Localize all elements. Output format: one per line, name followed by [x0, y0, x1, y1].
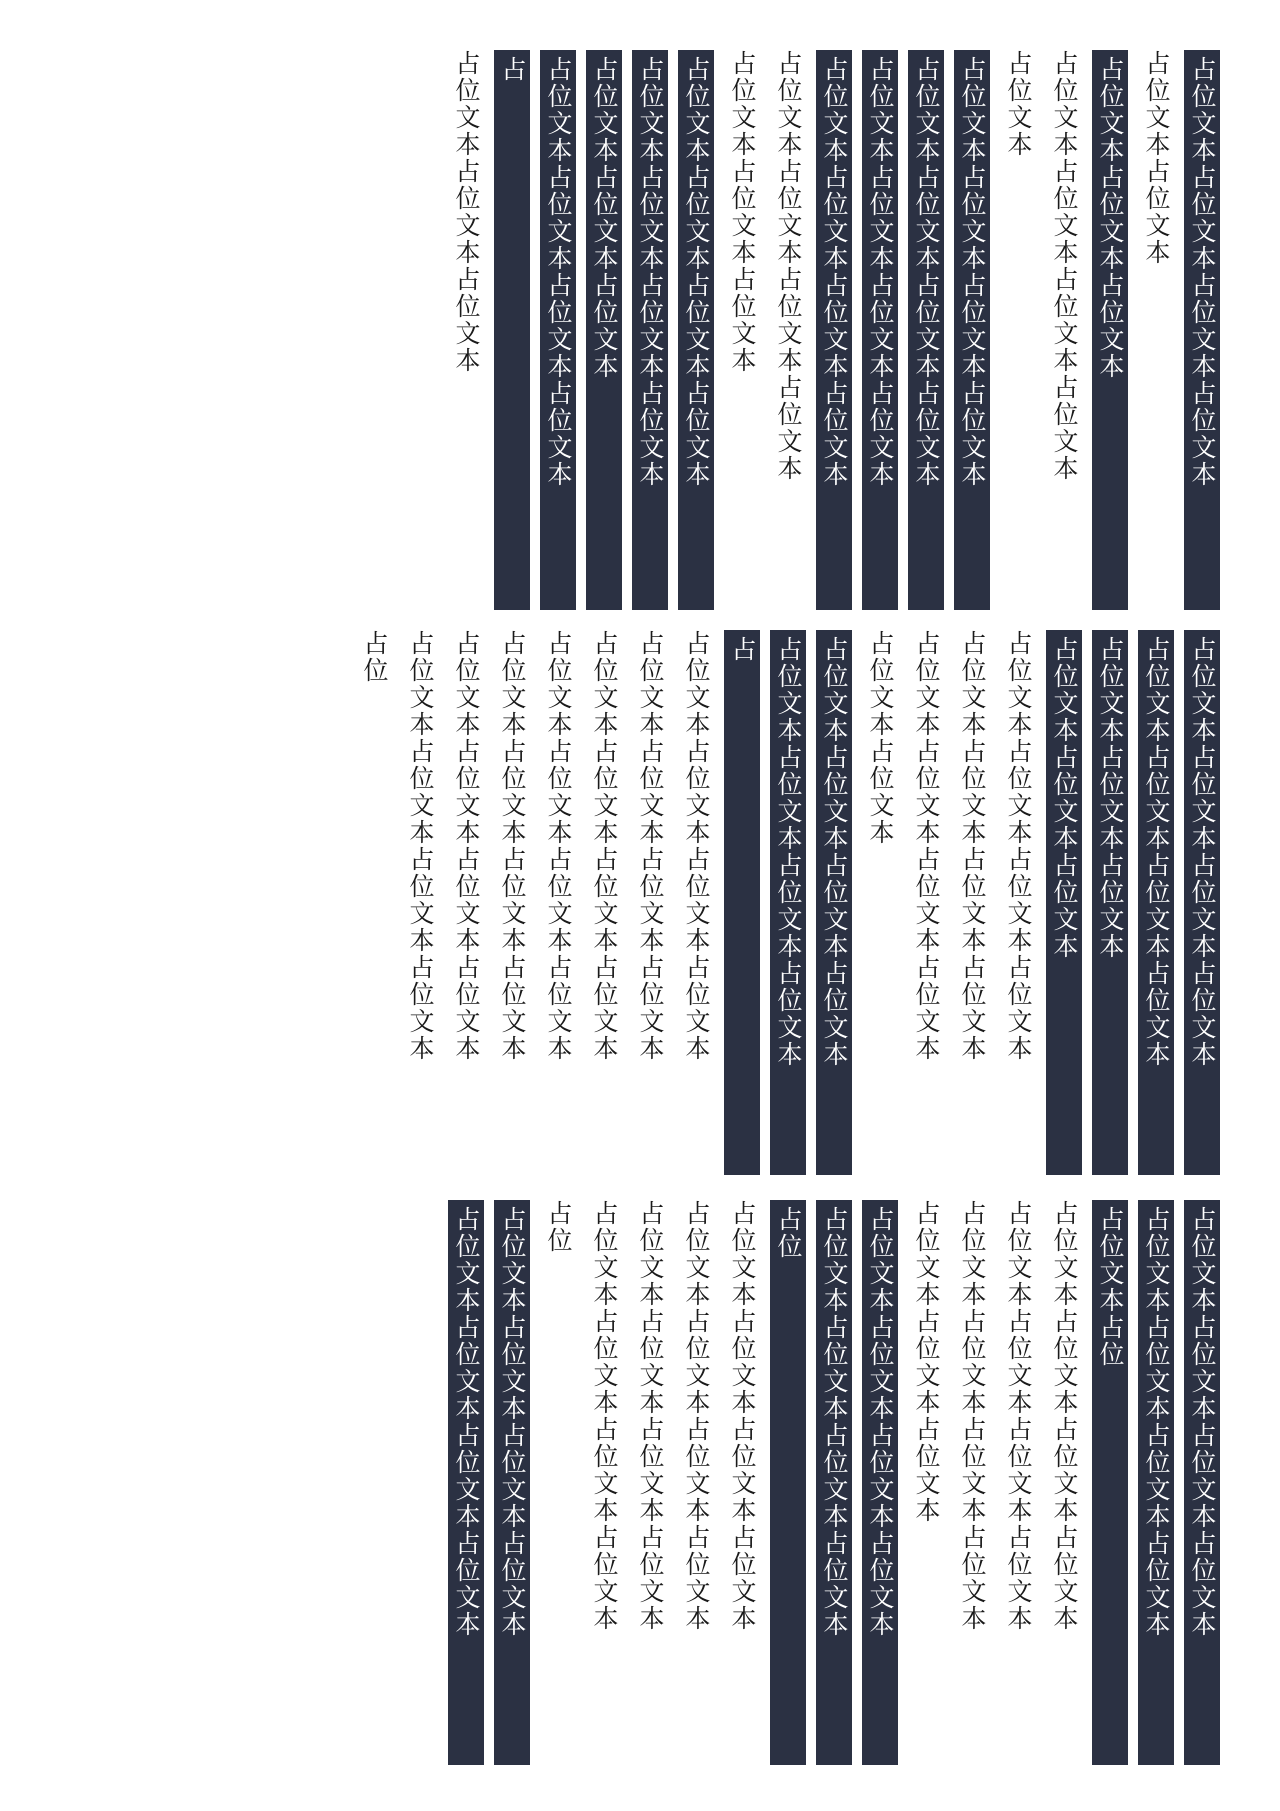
dialogue-column: 占位文本占位文本占位文本	[1092, 630, 1128, 1175]
narration-column: 占位文本占位文本占位文本占位文本	[678, 630, 714, 1175]
narration-column: 占位文本占位文本占位文本占位文本	[678, 1200, 714, 1765]
narration-column: 占位文本占位文本占位文本占位文本	[724, 1200, 760, 1765]
dialogue-column: 占位文本占位文本占位文本	[1092, 50, 1128, 610]
narration-column: 占位文本占位文本占位文本	[448, 50, 484, 610]
dialogue-column: 占位文本占位文本占位文本占位文本	[816, 630, 852, 1175]
narration-column: 占位文本占位文本占位文本占位文本	[586, 630, 622, 1175]
dialogue-column: 占位文本占位文本占位文本占位文本	[954, 50, 990, 610]
dialogue-column: 占位文本占位文本占位文本	[586, 50, 622, 610]
dialogue-column: 占位文本占位	[1092, 1200, 1128, 1765]
narration-column: 占位	[356, 630, 392, 1175]
dialogue-column: 占位文本占位文本占位文本占位文本	[540, 50, 576, 610]
dialogue-column: 占位文本占位文本占位文本占位文本	[816, 50, 852, 610]
dialogue-column: 占位文本占位文本占位文本占位文本	[816, 1200, 852, 1765]
dialogue-column: 占位文本占位文本占位文本占位文本	[862, 1200, 898, 1765]
narration-column: 占位文本占位文本占位文本占位文本	[1000, 630, 1036, 1175]
narration-column: 占位文本占位文本占位文本占位文本	[1000, 1200, 1036, 1765]
dialogue-column: 占位文本占位文本占位文本占位文本	[908, 50, 944, 610]
narration-column: 占位文本占位文本占位文本占位文本	[632, 1200, 668, 1765]
dialogue-column: 占	[494, 50, 530, 610]
dialogue-column: 占位文本占位文本占位文本占位文本	[1138, 1200, 1174, 1765]
narration-column: 占位	[540, 1200, 576, 1765]
dialogue-column: 占位文本占位文本占位文本占位文本	[1138, 630, 1174, 1175]
narration-column: 占位文本占位文本占位文本占位文本	[540, 630, 576, 1175]
dialogue-column: 占位文本占位文本占位文本占位文本	[770, 630, 806, 1175]
narration-column: 占位文本占位文本占位文本	[724, 50, 760, 610]
narration-column: 占位文本占位文本	[1138, 50, 1174, 610]
dialogue-column: 占位文本占位文本占位文本占位文本	[632, 50, 668, 610]
narration-column: 占位文本占位文本占位文本占位文本	[586, 1200, 622, 1765]
dialogue-column: 占位文本占位文本占位文本占位文本	[862, 50, 898, 610]
dialogue-column: 占位文本占位文本占位文本占位文本	[1184, 630, 1220, 1175]
narration-column: 占位文本占位文本占位文本	[908, 1200, 944, 1765]
text-band-bottom: 占位文本占位文本占位文本占位文本占位文本占位文本占位文本占位文本占位文本占位占位…	[90, 1200, 1220, 1765]
narration-column: 占位文本	[1000, 50, 1036, 610]
narration-column: 占位文本占位文本占位文本占位文本	[770, 50, 806, 610]
dialogue-column: 占	[724, 630, 760, 1175]
dialogue-column: 占位文本占位文本占位文本占位文本	[1184, 1200, 1220, 1765]
dialogue-column: 占位文本占位文本占位文本占位文本	[1184, 50, 1220, 610]
narration-column: 占位文本占位文本	[862, 630, 898, 1175]
narration-column: 占位文本占位文本占位文本占位文本	[908, 630, 944, 1175]
dialogue-column: 占位文本占位文本占位文本占位文本	[448, 1200, 484, 1765]
narration-column: 占位文本占位文本占位文本占位文本	[402, 630, 438, 1175]
text-band-middle: 占位文本占位文本占位文本占位文本占位文本占位文本占位文本占位文本占位文本占位文本…	[90, 630, 1220, 1175]
dialogue-column: 占位文本占位文本占位文本占位文本	[678, 50, 714, 610]
dialogue-column: 占位文本占位文本占位文本占位文本	[494, 1200, 530, 1765]
dialogue-column: 占位文本占位文本占位文本	[1046, 630, 1082, 1175]
narration-column: 占位文本占位文本占位文本占位文本	[494, 630, 530, 1175]
narration-column: 占位文本占位文本占位文本占位文本	[954, 1200, 990, 1765]
narration-column: 占位文本占位文本占位文本占位文本	[954, 630, 990, 1175]
narration-column: 占位文本占位文本占位文本占位文本	[1046, 1200, 1082, 1765]
narration-column: 占位文本占位文本占位文本占位文本	[632, 630, 668, 1175]
text-band-top: 占位文本占位文本占位文本占位文本占位文本占位文本占位文本占位文本占位文本占位文本…	[90, 50, 1220, 610]
narration-column: 占位文本占位文本占位文本占位文本	[448, 630, 484, 1175]
narration-column: 占位文本占位文本占位文本占位文本	[1046, 50, 1082, 610]
dialogue-column: 占位	[770, 1200, 806, 1765]
